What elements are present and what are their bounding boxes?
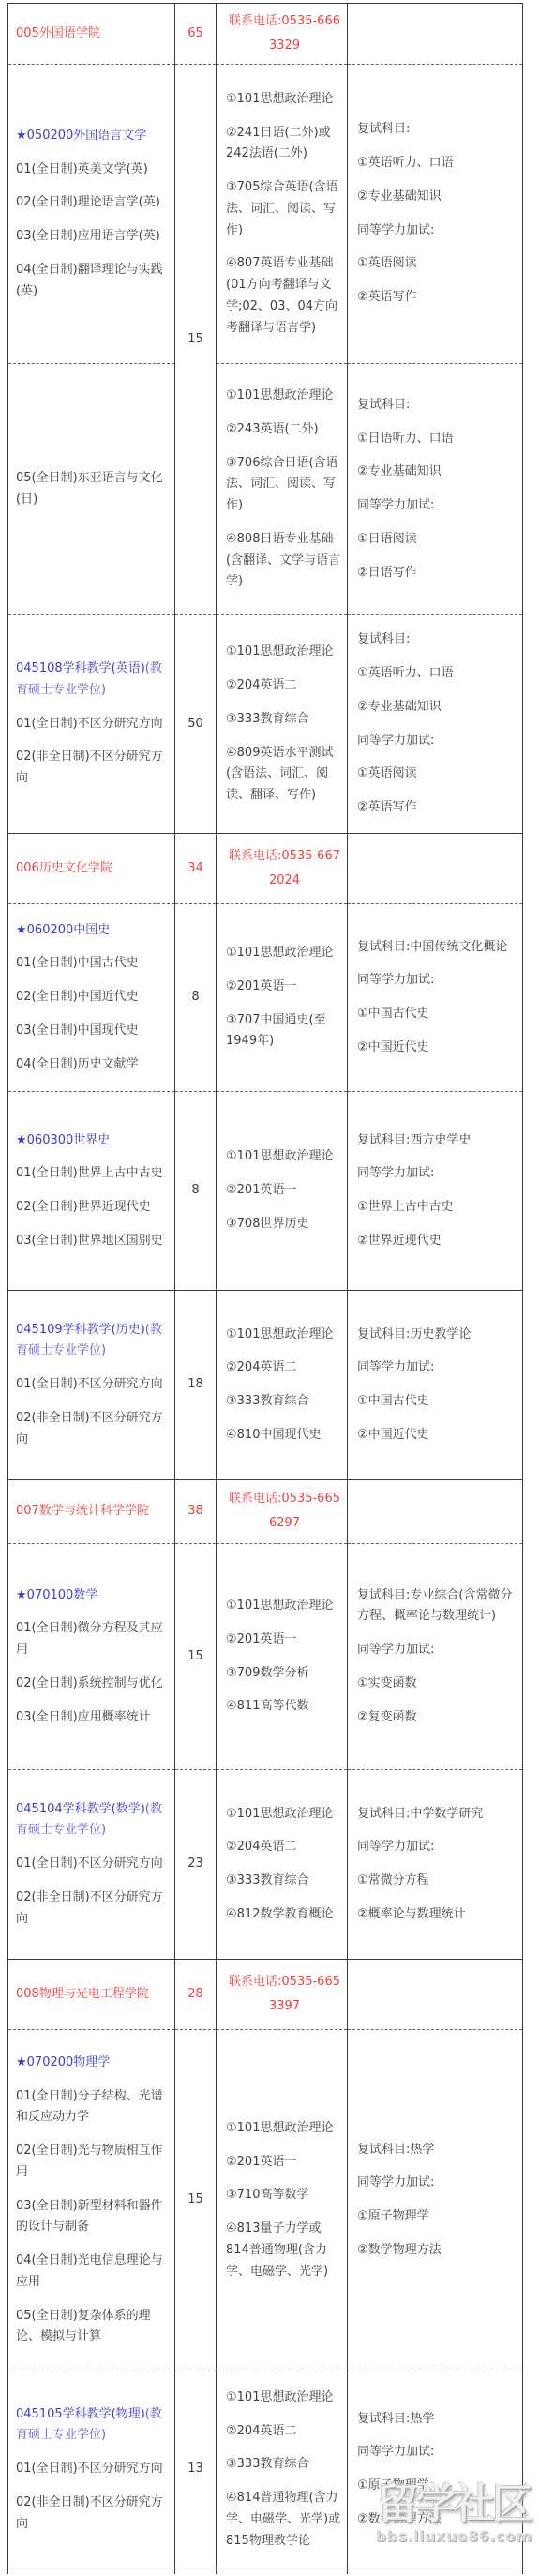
major-row-045104: 045104学科教学(数学)(教育硕士专业学位) 01(全日制)不区分研究方向0… [8, 1770, 523, 1960]
retest-cell: 复试科目:①英语听力、口语②专业基础知识同等学力加试:①英语阅读②英语写作 [348, 65, 523, 364]
exam-subjects-cell: ①101思想政治理论②201英语一③709数学分析④811高等代数 [217, 1544, 348, 1770]
direction-line: 01(全日制)不区分研究方向 [16, 2459, 170, 2480]
site-watermark: 留学社区 bbs.liuxue86.com [371, 2484, 536, 2545]
exam-subject-line: ③333教育综合 [226, 1391, 343, 1413]
exam-subject-line: ④813量子力学或814普通物理(含力学、电磁学、光学) [226, 2219, 343, 2282]
exam-subject-line: ③708世界历史 [226, 1214, 343, 1235]
exam-subject-line: ③710高等数学 [226, 2185, 343, 2206]
retest-cell: 复试科目:中学数学研究同等学力加试:①常微分方程②概率论与数理统计 [348, 1770, 523, 1960]
major-link[interactable]: ★070200物理学 [16, 2055, 110, 2069]
major-quota-cell: 18 [175, 1291, 217, 1480]
college-row-008: 008物理与光电工程学院 28 联系电话:0535-6653397 [8, 1960, 523, 2030]
exam-subject-line: ①101思想政治理论 [226, 642, 343, 663]
phone-line: 联系电话:0535-665 [226, 1972, 343, 1993]
retest-line: ②中国近代史 [357, 1425, 517, 1447]
major-directions-cell: ★070200物理学 01(全日制)分子结构、光谱和反应动力学02(全日制)光与… [8, 2030, 175, 2371]
exam-subject-line: ②201英语一 [226, 977, 343, 998]
college-phone-cell: 联系电话:0535-6672024 [217, 834, 348, 904]
college-quota-cell: 28 [175, 1960, 217, 2030]
retest-line: 复试科目: [357, 395, 517, 417]
major-directions-cell: 045108学科教学(英语)(教育硕士专业学位) 01(全日制)不区分研究方向0… [8, 615, 175, 834]
major-link[interactable]: 045105学科教学(物理)(教育硕士专业学位) [16, 2407, 162, 2443]
retest-cell: 复试科目:①英语听力、口语②专业基础知识同等学力加试:①英语阅读②英语写作 [348, 615, 523, 834]
major-quota: 15 [177, 329, 214, 351]
major-name: 045104学科教学(数学)(教育硕士专业学位) [16, 1799, 170, 1842]
direction-line: 02(全日制)系统控制与优化 [16, 1674, 170, 1695]
exam-subject-line: ①101思想政治理论 [226, 89, 343, 111]
retest-line: ②概率论与数理统计 [357, 1904, 517, 1926]
major-name: 045109学科教学(历史)(教育硕士专业学位) [16, 1320, 170, 1363]
major-directions-cell: ★050200外国语言文学 01(全日制)英美文学(英)02(全日制)理论语言学… [8, 65, 175, 364]
exam-subject-line: ③333教育综合 [226, 709, 343, 731]
direction-line: 02(非全日制)不区分研究方向 [16, 2493, 170, 2536]
major-link[interactable]: ★070100数学 [16, 1588, 97, 1602]
retest-line: 同等学力加试: [357, 970, 517, 992]
exam-subject-line: ②201英语一 [226, 1180, 343, 1202]
direction-line: 05(全日制)东亚语言与文化(日) [16, 468, 170, 511]
college-name: 007数学与统计科学学院 [16, 1501, 170, 1523]
major-name: ★060200中国史 [16, 920, 170, 942]
direction-line: 03(全日制)世界地区国别史 [16, 1231, 170, 1252]
retest-line: ②数学物理方法 [357, 2240, 517, 2262]
exam-subjects-cell: ①101思想政治理论②201英语一③707中国通史(至1949年) [217, 904, 348, 1092]
retest-cell: 复试科目:西方史学史同等学力加试:①世界上古中古史②世界近现代史 [348, 1092, 523, 1291]
retest-line: ②专业基础知识 [357, 462, 517, 483]
college-row-006: 006历史文化学院 34 联系电话:0535-6672024 [8, 834, 523, 904]
major-row-060300: ★060300世界史 01(全日制)世界上古中古史02(全日制)世界近现代史03… [8, 1092, 523, 1291]
retest-line: 同等学力加试: [357, 2442, 517, 2463]
major-quota: 13 [177, 2459, 214, 2480]
exam-subject-line: ③333教育综合 [226, 2454, 343, 2476]
direction-line: 05(全日制)复杂体系的理论、模拟与计算 [16, 2306, 170, 2349]
retest-line: 复试科目:历史教学论 [357, 1325, 517, 1346]
college-quota-cell: 34 [175, 834, 217, 904]
retest-line: ②中国近代史 [357, 1038, 517, 1059]
exam-subject-line: ①101思想政治理论 [226, 386, 343, 407]
exam-subject-line: ①101思想政治理论 [226, 2387, 343, 2409]
partial-next-row [8, 2568, 523, 2575]
major-directions-cell: ★060200中国史 01(全日制)中国古代史02(全日制)中国近代史03(全日… [8, 904, 175, 1092]
direction-line: 02(全日制)理论语言学(英) [16, 192, 170, 214]
exam-subject-line: ③333教育综合 [226, 1871, 343, 1892]
retest-line: ①英语听力、口语 [357, 663, 517, 685]
empty-cell [348, 1480, 523, 1544]
phone-line: 联系电话:0535-667 [226, 846, 343, 868]
empty-cell [348, 1960, 523, 2030]
retest-line: 同等学力加试: [357, 1163, 517, 1185]
major-quota-cell: 13 [175, 2371, 217, 2568]
retest-line: 复试科目:热学 [357, 2409, 517, 2431]
phone-line: 2024 [226, 871, 343, 892]
retest-line: 复试科目: [357, 119, 517, 141]
exam-subject-line: ③706综合日语(含语法、词汇、阅读、写作) [226, 453, 343, 517]
retest-cell: 复试科目:①日语听力、口语②专业基础知识同等学力加试:①日语阅读②日语写作 [348, 364, 523, 615]
major-quota-cell: 15 [175, 1544, 217, 1770]
direction-line: 01(全日制)世界上古中古史 [16, 1163, 170, 1185]
direction-line: 02(非全日制)不区分研究方向 [16, 1887, 170, 1931]
exam-subject-line: ③707中国通史(至1949年) [226, 1010, 343, 1053]
college-name-cell: 008物理与光电工程学院 [8, 1960, 175, 2030]
direction-line: 04(全日制)翻译理论与实践(英) [16, 260, 170, 303]
retest-line: ①日语阅读 [357, 529, 517, 551]
major-name: ★070200物理学 [16, 2053, 170, 2074]
direction-line: 01(全日制)不区分研究方向 [16, 714, 170, 735]
major-row-070200: ★070200物理学 01(全日制)分子结构、光谱和反应动力学02(全日制)光与… [8, 2030, 523, 2371]
retest-line: ①中国古代史 [357, 1391, 517, 1413]
college-name-cell: 007数学与统计科学学院 [8, 1480, 175, 1544]
retest-line: 复试科目:热学 [357, 2140, 517, 2161]
major-row-045108: 045108学科教学(英语)(教育硕士专业学位) 01(全日制)不区分研究方向0… [8, 615, 523, 834]
retest-line: 同等学力加试: [357, 220, 517, 242]
major-link[interactable]: ★060300世界史 [16, 1133, 110, 1147]
retest-line: 复试科目:西方史学史 [357, 1130, 517, 1152]
phone-line: 3397 [226, 1996, 343, 2018]
retest-line: ②日语写作 [357, 563, 517, 584]
major-name: 045108学科教学(英语)(教育硕士专业学位) [16, 659, 170, 702]
exam-subjects-cell: ①101思想政治理论②201英语一③710高等数学④813量子力学或814普通物… [217, 2030, 348, 2371]
major-directions-cell: 045109学科教学(历史)(教育硕士专业学位) 01(全日制)不区分研究方向0… [8, 1291, 175, 1480]
retest-line: ②复变函数 [357, 1707, 517, 1729]
retest-line: ①世界上古中古史 [357, 1197, 517, 1219]
exam-subjects-cell: ①101思想政治理论②243英语(二外)③706综合日语(含语法、词汇、阅读、写… [217, 364, 348, 615]
exam-subject-line: ②204英语二 [226, 2421, 343, 2443]
exam-subjects-cell: ①101思想政治理论②204英语二③333教育综合④809英语水平测试(含语法、… [217, 615, 348, 834]
college-quota: 65 [177, 23, 214, 45]
retest-line: 复试科目:专业综合(含常微分方程、概率论与数理统计) [357, 1585, 517, 1629]
retest-line: ①原子物理学 [357, 2206, 517, 2228]
exam-subject-line: ①101思想政治理论 [226, 1804, 343, 1826]
retest-line: ②专业基础知识 [357, 187, 517, 208]
college-phone-cell: 联系电话:0535-6653397 [217, 1960, 348, 2030]
exam-subject-line: ②204英语二 [226, 675, 343, 697]
major-row-070100: ★070100数学 01(全日制)微分方程及其应用02(全日制)系统控制与优化0… [8, 1544, 523, 1770]
watermark-logo: 留学社区 [371, 2484, 536, 2525]
exam-subject-line: ②243英语(二外) [226, 419, 343, 441]
major-row-060200: ★060200中国史 01(全日制)中国古代史02(全日制)中国近代史03(全日… [8, 904, 523, 1092]
major-name: 045105学科教学(物理)(教育硕士专业学位) [16, 2404, 170, 2447]
major-directions-cell: 045104学科教学(数学)(教育硕士专业学位) 01(全日制)不区分研究方向0… [8, 1770, 175, 1960]
direction-line: 03(全日制)应用语言学(英) [16, 226, 170, 248]
major-quota-cell: 50 [175, 615, 217, 834]
college-name: 005外国语学院 [16, 23, 170, 45]
retest-line: ①中国古代史 [357, 1004, 517, 1025]
empty-cell [348, 2568, 523, 2575]
retest-line: 复试科目:中学数学研究 [357, 1804, 517, 1826]
exam-subject-line: ④810中国现代史 [226, 1425, 343, 1447]
major-quota-cell: 8 [175, 904, 217, 1092]
major-directions-cell: ★060300世界史 01(全日制)世界上古中古史02(全日制)世界近现代史03… [8, 1092, 175, 1291]
exam-subject-line: ④807英语专业基础(01方向考翻译与文学;02、03、04方向考翻译与语言学) [226, 253, 343, 339]
retest-line: ②专业基础知识 [357, 697, 517, 719]
exam-subject-line: ②204英语二 [226, 1357, 343, 1379]
retest-line: 同等学力加试: [357, 1357, 517, 1379]
exam-subject-line: ①101思想政治理论 [226, 1596, 343, 1617]
exam-subject-line: ①101思想政治理论 [226, 943, 343, 964]
exam-subject-line: ②201英语一 [226, 1629, 343, 1651]
direction-line: 01(全日制)英美文学(英) [16, 159, 170, 181]
major-quota: 8 [177, 987, 214, 1008]
retest-line: 同等学力加试: [357, 731, 517, 752]
college-name-cell: 006历史文化学院 [8, 834, 175, 904]
major-directions-cell: 045105学科教学(物理)(教育硕士专业学位) 01(全日制)不区分研究方向0… [8, 2371, 175, 2568]
exam-subjects-cell: ①101思想政治理论②204英语二③333教育综合④814普通物理(含力学、电磁… [217, 2371, 348, 2568]
exam-subjects-cell: ①101思想政治理论②204英语二③333教育综合④812数学教育概论 [217, 1770, 348, 1960]
college-row-007: 007数学与统计科学学院 38 联系电话:0535-6656297 [8, 1480, 523, 1544]
retest-line: 复试科目: [357, 629, 517, 651]
major-row-045109: 045109学科教学(历史)(教育硕士专业学位) 01(全日制)不区分研究方向0… [8, 1291, 523, 1480]
empty-cell [8, 2568, 175, 2575]
retest-cell: 复试科目:热学同等学力加试:①原子物理学②数学物理方法 [348, 2030, 523, 2371]
college-name-cell: 005外国语学院 [8, 4, 175, 65]
direction-line: 02(全日制)中国近代史 [16, 987, 170, 1008]
retest-line: ①常微分方程 [357, 1871, 517, 1892]
retest-line: ①实变函数 [357, 1674, 517, 1695]
major-link[interactable]: 045104学科教学(数学)(教育硕士专业学位) [16, 1802, 162, 1838]
major-quota-cell: 23 [175, 1770, 217, 1960]
exam-subject-line: ④809英语水平测试(含语法、词汇、阅读、翻译、写作) [226, 743, 343, 807]
college-row-005: 005外国语学院 65 联系电话:0535-6663329 [8, 4, 523, 65]
major-quota: 18 [177, 1374, 214, 1396]
phone-line: 联系电话:0535-665 [226, 1489, 343, 1510]
retest-cell: 复试科目:专业综合(含常微分方程、概率论与数理统计)同等学力加试:①实变函数②复… [348, 1544, 523, 1770]
major-quota: 8 [177, 1180, 214, 1202]
college-quota-cell: 38 [175, 1480, 217, 1544]
major-quota: 50 [177, 714, 214, 735]
direction-line: 02(非全日制)不区分研究方向 [16, 747, 170, 790]
major-quota-cell: 8 [175, 1092, 217, 1291]
direction-line: 04(全日制)光电信息理论与应用 [16, 2250, 170, 2294]
direction-line: 03(全日制)中国现代史 [16, 1021, 170, 1042]
exam-subject-line: ②241日语(二外)或242法语(二外) [226, 123, 343, 166]
exam-subject-line: ①101思想政治理论 [226, 1325, 343, 1346]
empty-cell [348, 4, 523, 65]
retest-line: ②英语写作 [357, 287, 517, 309]
major-link[interactable]: 045109学科教学(历史)(教育硕士专业学位) [16, 1323, 162, 1358]
college-phone-cell: 联系电话:0535-6656297 [217, 1480, 348, 1544]
direction-line: 01(全日制)不区分研究方向 [16, 1854, 170, 1875]
retest-line: 复试科目:中国传统文化概论 [357, 937, 517, 959]
direction-line: 01(全日制)微分方程及其应用 [16, 1618, 170, 1661]
retest-cell: 复试科目:历史教学论同等学力加试:①中国古代史②中国近代史 [348, 1291, 523, 1480]
exam-subject-line: ④812数学教育概论 [226, 1904, 343, 1926]
exam-subjects-cell: ①101思想政治理论②204英语二③333教育综合④810中国现代史 [217, 1291, 348, 1480]
major-quota: 15 [177, 1646, 214, 1668]
retest-line: ①英语阅读 [357, 253, 517, 275]
admissions-table: 005外国语学院 65 联系电话:0535-6663329 ★050200外国语… [7, 3, 523, 2574]
retest-cell: 复试科目:中国传统文化概论同等学力加试:①中国古代史②中国近代史 [348, 904, 523, 1092]
major-name: ★060300世界史 [16, 1130, 170, 1152]
direction-line: 02(全日制)光与物质相互作用 [16, 2141, 170, 2184]
exam-subject-line: ④811高等代数 [226, 1696, 343, 1718]
phone-line: 3329 [226, 36, 343, 57]
exam-subject-line: ②204英语二 [226, 1837, 343, 1858]
college-quota: 34 [177, 858, 214, 880]
exam-subject-line: ①101思想政治理论 [226, 2118, 343, 2140]
direction-line: 03(全日制)新型材料和器件的设计与制备 [16, 2196, 170, 2239]
phone-line: 6297 [226, 1513, 343, 1535]
retest-line: 同等学力加试: [357, 1837, 517, 1858]
college-quota: 38 [177, 1501, 214, 1523]
retest-line: ①日语听力、口语 [357, 429, 517, 450]
direction-line: 01(全日制)中国古代史 [16, 953, 170, 975]
major-row-050200: ★050200外国语言文学 01(全日制)英美文学(英)02(全日制)理论语言学… [8, 65, 523, 364]
retest-line: ①英语听力、口语 [357, 153, 517, 174]
phone-line: 联系电话:0535-666 [226, 11, 343, 33]
major-quota-cell: 15 [175, 65, 217, 615]
major-directions-cell: ★070100数学 01(全日制)微分方程及其应用02(全日制)系统控制与优化0… [8, 1544, 175, 1770]
college-quota-cell: 65 [175, 4, 217, 65]
empty-cell [175, 2568, 217, 2575]
major-directions-cell: 05(全日制)东亚语言与文化(日) [8, 364, 175, 615]
exam-subject-line: ③705综合英语(含语法、词汇、阅读、写作) [226, 177, 343, 241]
major-link[interactable]: ★060200中国史 [16, 923, 110, 937]
direction-line: 02(全日制)世界近现代史 [16, 1197, 170, 1219]
empty-cell [348, 834, 523, 904]
major-link[interactable]: 045108学科教学(英语)(教育硕士专业学位) [16, 661, 162, 697]
exam-subject-line: ④808日语专业基础(含翻译、文学与语言学) [226, 529, 343, 593]
college-name: 006历史文化学院 [16, 858, 170, 880]
watermark-site-url: bbs.liuxue86.com [371, 2527, 536, 2545]
direction-line: 01(全日制)不区分研究方向 [16, 1374, 170, 1396]
retest-line: ②世界近现代史 [357, 1231, 517, 1252]
exam-subject-line: ②201英语一 [226, 2152, 343, 2174]
direction-line: 04(全日制)历史文献学 [16, 1054, 170, 1076]
retest-line: 同等学力加试: [357, 1640, 517, 1661]
major-name: ★050200外国语言文学 [16, 126, 170, 147]
direction-line: 02(非全日制)不区分研究方向 [16, 1408, 170, 1451]
college-quota: 28 [177, 1984, 214, 2006]
college-phone-cell: 联系电话:0535-6663329 [217, 4, 348, 65]
exam-subject-line: ③709数学分析 [226, 1663, 343, 1685]
retest-line: 同等学力加试: [357, 2173, 517, 2194]
major-quota: 23 [177, 1854, 214, 1875]
exam-subjects-cell: ①101思想政治理论②241日语(二外)或242法语(二外)③705综合英语(含… [217, 65, 348, 364]
exam-subject-line: ④814普通物理(含力学、电磁学、光学)或815物理教学论 [226, 2488, 343, 2552]
major-quota-cell: 15 [175, 2030, 217, 2371]
college-name: 008物理与光电工程学院 [16, 1984, 170, 2006]
retest-line: ①英语阅读 [357, 764, 517, 785]
empty-cell [217, 2568, 348, 2575]
direction-line: 03(全日制)应用概率统计 [16, 1707, 170, 1729]
exam-subjects-cell: ①101思想政治理论②201英语一③708世界历史 [217, 1092, 348, 1291]
major-name: ★070100数学 [16, 1585, 170, 1607]
exam-subject-line: ①101思想政治理论 [226, 1146, 343, 1168]
direction-line: 01(全日制)分子结构、光谱和反应动力学 [16, 2086, 170, 2129]
retest-line: 同等学力加试: [357, 495, 517, 517]
major-row-050200-japanese: 05(全日制)东亚语言与文化(日) ①101思想政治理论②243英语(二外)③7… [8, 364, 523, 615]
major-quota: 15 [177, 2190, 214, 2211]
retest-line: ②英语写作 [357, 797, 517, 819]
major-link[interactable]: ★050200外国语言文学 [16, 129, 146, 143]
